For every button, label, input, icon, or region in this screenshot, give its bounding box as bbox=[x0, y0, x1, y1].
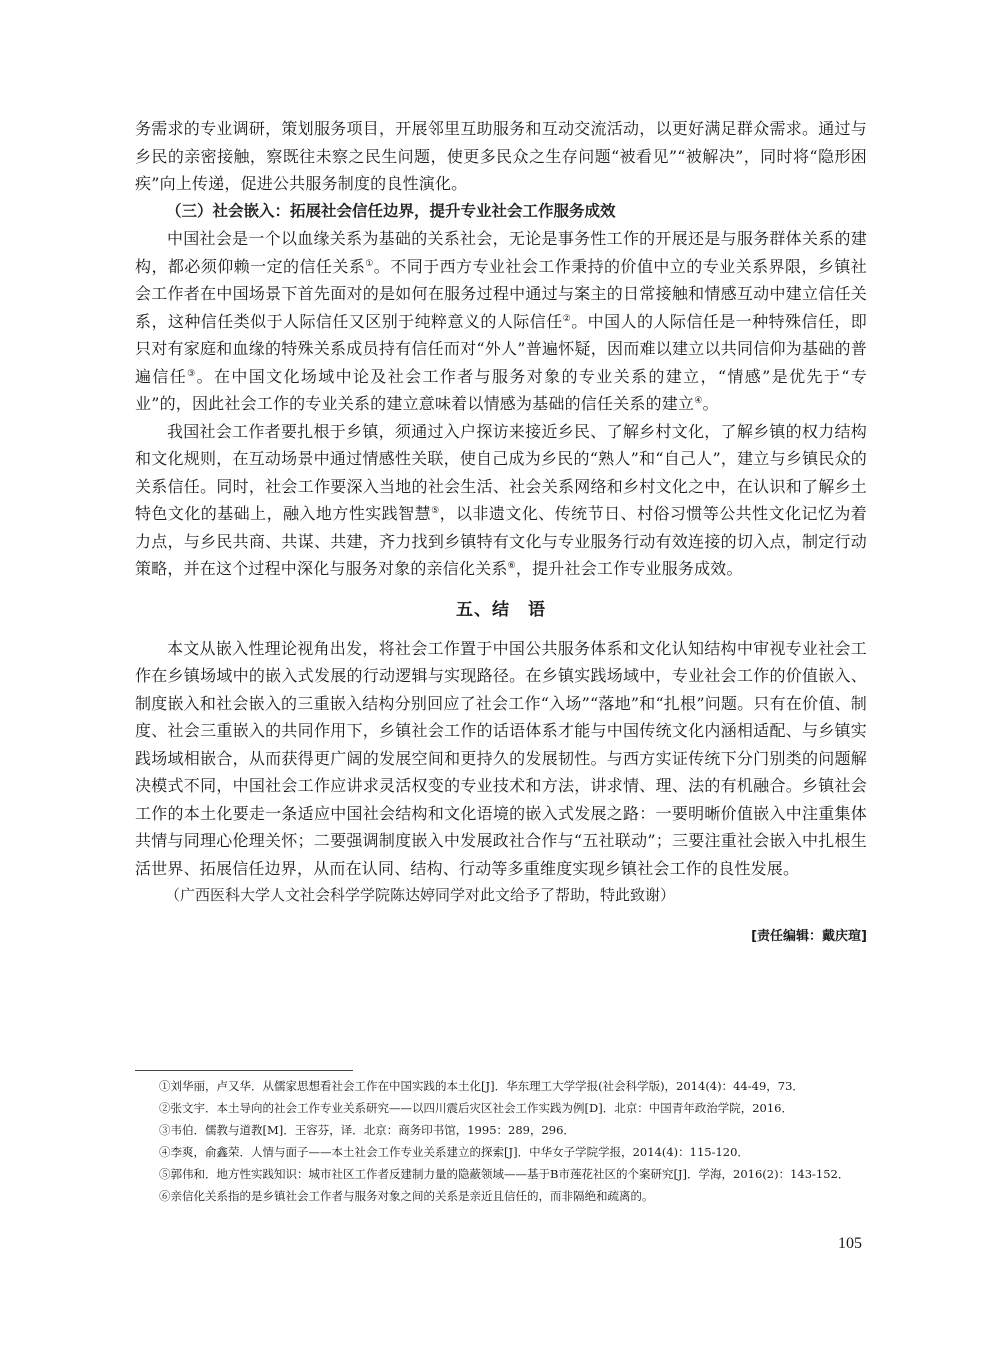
subheading-social-embedding: （三）社会嵌入：拓展社会信任边界，提升专业社会工作服务成效 bbox=[135, 198, 867, 226]
text-run: 。 bbox=[702, 394, 718, 413]
footnote-ref-1[interactable]: ① bbox=[365, 259, 374, 269]
acknowledgement: （广西医科大学人文社会科学学院陈达婷同学对此文给予了帮助，特此致谢） bbox=[135, 882, 867, 910]
paragraph-conclusion: 本文从嵌入性理论视角出发，将社会工作置于中国公共服务体系和文化认知结构中审视专业… bbox=[135, 635, 867, 883]
footnote-6: ⑥亲信化关系指的是乡镇社会工作者与服务对象之间的关系是亲近且信任的，而非隔绝和疏… bbox=[135, 1185, 867, 1207]
footnote-ref-6[interactable]: ⑥ bbox=[508, 561, 516, 571]
paragraph-continued: 务需求的专业调研，策划服务项目，开展邻里互助服务和互动交流活动，以更好满足群众需… bbox=[135, 115, 867, 198]
footnote-divider bbox=[135, 1070, 353, 1071]
text-run: 。在中国文化场域中论及社会工作者与服务对象的专业关系的建立，“情感”是优先于“专… bbox=[135, 367, 867, 414]
footnote-4: ④李爽，俞鑫荣．人情与面子——本土社会工作专业关系建立的探索[J]．中华女子学院… bbox=[135, 1141, 867, 1163]
text-run: ，提升社会工作专业服务成效。 bbox=[516, 559, 743, 578]
responsible-editor: [责任编辑：戴庆瑄] bbox=[135, 926, 867, 948]
page-number: 105 bbox=[820, 1235, 880, 1253]
footnote-ref-5[interactable]: ⑤ bbox=[431, 506, 440, 516]
footnote-ref-2[interactable]: ② bbox=[563, 314, 572, 324]
footnote-2: ②张文宇．本土导向的社会工作专业关系研究——以四川震后灾区社会工作实践为例[D]… bbox=[135, 1097, 867, 1119]
footnote-ref-3[interactable]: ③ bbox=[187, 369, 196, 379]
footnote-1: ①刘华丽，卢又华．从儒家思想看社会工作在中国实践的本土化[J]．华东理工大学学报… bbox=[135, 1075, 867, 1097]
section-title-conclusion: 五、结 语 bbox=[135, 595, 867, 625]
paragraph-trust: 中国社会是一个以血缘关系为基础的关系社会，无论是事务性工作的开展还是与服务群体关… bbox=[135, 225, 867, 418]
footnote-5: ⑤郭伟和．地方性实践知识：城市社区工作者反建制力量的隐蔽领域——基于B市莲花社区… bbox=[135, 1163, 867, 1185]
paragraph-rooted: 我国社会工作者要扎根于乡镇，须通过入户探访来接近乡民、了解乡村文化，了解乡镇的权… bbox=[135, 418, 867, 583]
footnote-3: ③韦伯．儒教与道教[M]．王容芬，译．北京：商务印书馆，1995：289，296… bbox=[135, 1119, 867, 1141]
footnotes: ①刘华丽，卢又华．从儒家思想看社会工作在中国实践的本土化[J]．华东理工大学学报… bbox=[135, 1075, 867, 1207]
page-body: 务需求的专业调研，策划服务项目，开展邻里互助服务和互动交流活动，以更好满足群众需… bbox=[135, 115, 867, 948]
